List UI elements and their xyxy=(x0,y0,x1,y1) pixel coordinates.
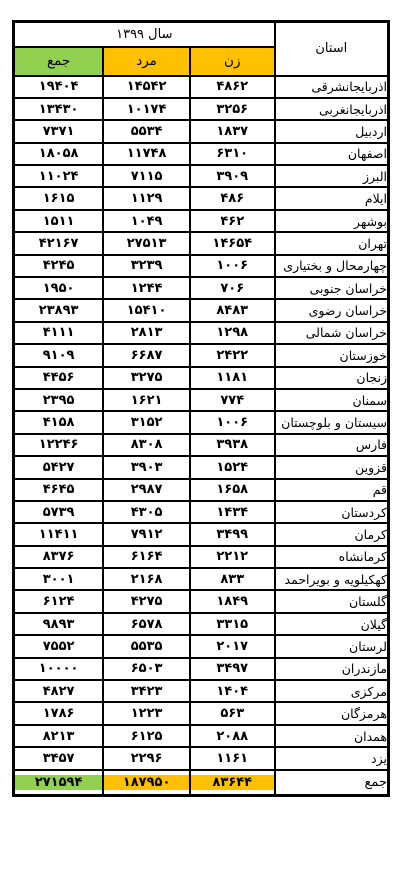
male-count: ۵۵۳۵ xyxy=(103,635,190,657)
female-count: ۸۳۳ xyxy=(190,568,275,590)
female-count: ۲۴۲۲ xyxy=(190,344,275,366)
table-row: همدان ۲۰۸۸ ۶۱۲۵ ۸۲۱۳ xyxy=(14,725,389,747)
province-name: ایلام xyxy=(275,187,389,209)
total-count: ۱۹۴۰۴ xyxy=(14,76,104,98)
male-count: ۱۱۷۴۸ xyxy=(103,143,190,165)
female-count: ۱۱۸۱ xyxy=(190,367,275,389)
grand-total-male-cell: ۱۸۷۹۵۰ xyxy=(103,770,190,796)
table-row: اردبیل ۱۸۳۷ ۵۵۳۴ ۷۳۷۱ xyxy=(14,120,389,142)
year-header: سال ۱۳۹۹ xyxy=(14,22,275,47)
table-row: بوشهر ۴۶۲ ۱۰۴۹ ۱۵۱۱ xyxy=(14,210,389,232)
province-name: قم xyxy=(275,479,389,501)
female-count: ۲۰۸۸ xyxy=(190,725,275,747)
male-count: ۶۵۷۸ xyxy=(103,613,190,635)
male-count: ۶۱۶۴ xyxy=(103,546,190,568)
male-count: ۶۵۰۳ xyxy=(103,658,190,680)
total-count: ۴۴۵۶ xyxy=(14,367,104,389)
table-row: لرستان ۲۰۱۷ ۵۵۳۵ ۷۵۵۲ xyxy=(14,635,389,657)
total-count: ۴۸۲۷ xyxy=(14,680,104,702)
female-count: ۸۴۸۳ xyxy=(190,299,275,321)
female-count: ۱۲۹۸ xyxy=(190,322,275,344)
province-name: اذربایجانشرقی xyxy=(275,76,389,98)
province-name: قزوین xyxy=(275,456,389,478)
male-count: ۶۱۲۵ xyxy=(103,725,190,747)
male-count: ۱۵۴۱۰ xyxy=(103,299,190,321)
province-name: خراسان جنوبی xyxy=(275,277,389,299)
male-count: ۴۳۰۵ xyxy=(103,501,190,523)
total-count: ۴۲۴۵ xyxy=(14,255,104,277)
male-count: ۴۲۷۵ xyxy=(103,590,190,612)
total-count: ۴۶۴۵ xyxy=(14,479,104,501)
total-count: ۴۲۱۶۷ xyxy=(14,232,104,254)
province-name: چهارمحال و بختیاری xyxy=(275,255,389,277)
table-row: خراسان شمالی ۱۲۹۸ ۲۸۱۳ ۴۱۱۱ xyxy=(14,322,389,344)
grand-total-male: ۱۸۷۹۵۰ xyxy=(104,775,189,790)
female-count: ۶۳۱۰ xyxy=(190,143,275,165)
male-count: ۳۹۰۳ xyxy=(103,456,190,478)
male-count: ۱۴۵۴۲ xyxy=(103,76,190,98)
province-name: اصفهان xyxy=(275,143,389,165)
female-count: ۱۵۲۴ xyxy=(190,456,275,478)
province-name: خوزستان xyxy=(275,344,389,366)
male-count: ۲۹۸۷ xyxy=(103,479,190,501)
total-count: ۴۱۵۸ xyxy=(14,411,104,433)
province-name: فارس xyxy=(275,434,389,456)
male-count: ۲۸۱۳ xyxy=(103,322,190,344)
table-row: قزوین ۱۵۲۴ ۳۹۰۳ ۵۴۲۷ xyxy=(14,456,389,478)
male-count: ۶۶۸۷ xyxy=(103,344,190,366)
total-count: ۹۱۰۹ xyxy=(14,344,104,366)
total-count: ۷۳۷۱ xyxy=(14,120,104,142)
province-name: همدان xyxy=(275,725,389,747)
total-count: ۱۰۰۰۰ xyxy=(14,658,104,680)
female-count: ۳۴۹۹ xyxy=(190,523,275,545)
male-count: ۱۱۲۹ xyxy=(103,187,190,209)
table-row: مرکزی ۱۴۰۴ ۳۴۲۳ ۴۸۲۷ xyxy=(14,680,389,702)
male-count: ۱۲۲۳ xyxy=(103,702,190,724)
table-row: زنجان ۱۱۸۱ ۳۲۷۵ ۴۴۵۶ xyxy=(14,367,389,389)
province-name: خراسان شمالی xyxy=(275,322,389,344)
table-row: ایلام ۴۸۶ ۱۱۲۹ ۱۶۱۵ xyxy=(14,187,389,209)
female-count: ۳۹۳۸ xyxy=(190,434,275,456)
province-name: هرمزگان xyxy=(275,702,389,724)
female-count: ۱۰۰۶ xyxy=(190,255,275,277)
table-row: کهکیلویه و بویراحمد ۸۳۳ ۲۱۶۸ ۳۰۰۱ xyxy=(14,568,389,590)
province-name: گلستان xyxy=(275,590,389,612)
table-row: یزد ۱۱۶۱ ۲۲۹۶ ۳۴۵۷ xyxy=(14,747,389,769)
total-count: ۱۳۴۳۰ xyxy=(14,98,104,120)
province-name: مرکزی xyxy=(275,680,389,702)
female-column-header: زن xyxy=(190,47,275,76)
grand-total-total: ۲۷۱۵۹۴ xyxy=(15,775,102,790)
province-name: لرستان xyxy=(275,635,389,657)
province-name: اذربایجانغربی xyxy=(275,98,389,120)
table-row: گلستان ۱۸۴۹ ۴۲۷۵ ۶۱۲۴ xyxy=(14,590,389,612)
province-column-header: استان xyxy=(275,22,389,76)
male-count: ۳۲۳۹ xyxy=(103,255,190,277)
table-row: اصفهان ۶۳۱۰ ۱۱۷۴۸ ۱۸۰۵۸ xyxy=(14,143,389,165)
table-row: سمنان ۷۷۴ ۱۶۲۱ ۲۳۹۵ xyxy=(14,389,389,411)
female-count: ۷۰۶ xyxy=(190,277,275,299)
province-statistics-table: استان سال ۱۳۹۹ زن مرد جمع اذربایجانشرقی … xyxy=(12,20,390,797)
province-name: کرمان xyxy=(275,523,389,545)
province-name: تهران xyxy=(275,232,389,254)
female-count: ۱۴۰۴ xyxy=(190,680,275,702)
province-name: اردبیل xyxy=(275,120,389,142)
male-count: ۳۲۷۵ xyxy=(103,367,190,389)
total-count: ۶۱۲۴ xyxy=(14,590,104,612)
grand-total-female-cell: ۸۳۶۴۴ xyxy=(190,770,275,796)
female-count: ۱۴۳۴ xyxy=(190,501,275,523)
table-row: اذربایجانشرقی ۴۸۶۲ ۱۴۵۴۲ ۱۹۴۰۴ xyxy=(14,76,389,98)
female-count: ۱۸۴۹ xyxy=(190,590,275,612)
table-row: تهران ۱۴۶۵۴ ۲۷۵۱۳ ۴۲۱۶۷ xyxy=(14,232,389,254)
total-column-header: جمع xyxy=(14,47,104,76)
table-row: کرمان ۳۴۹۹ ۷۹۱۲ ۱۱۴۱۱ xyxy=(14,523,389,545)
province-name: زنجان xyxy=(275,367,389,389)
total-count: ۴۱۱۱ xyxy=(14,322,104,344)
table-row: هرمزگان ۵۶۳ ۱۲۲۳ ۱۷۸۶ xyxy=(14,702,389,724)
total-count: ۵۷۳۹ xyxy=(14,501,104,523)
province-name: کرمانشاه xyxy=(275,546,389,568)
male-count: ۱۰۴۹ xyxy=(103,210,190,232)
female-count: ۳۲۵۶ xyxy=(190,98,275,120)
grand-total-row: جمع ۸۳۶۴۴ ۱۸۷۹۵۰ ۲۷۱۵۹۴ xyxy=(14,770,389,796)
table-row: قم ۱۶۵۸ ۲۹۸۷ ۴۶۴۵ xyxy=(14,479,389,501)
total-count: ۳۰۰۱ xyxy=(14,568,104,590)
table-row: البرز ۳۹۰۹ ۷۱۱۵ ۱۱۰۲۴ xyxy=(14,165,389,187)
total-count: ۱۲۲۴۶ xyxy=(14,434,104,456)
table-row: فارس ۳۹۳۸ ۸۳۰۸ ۱۲۲۴۶ xyxy=(14,434,389,456)
male-column-header: مرد xyxy=(103,47,190,76)
total-count: ۸۲۱۳ xyxy=(14,725,104,747)
province-name: البرز xyxy=(275,165,389,187)
province-name: گیلان xyxy=(275,613,389,635)
female-count: ۷۷۴ xyxy=(190,389,275,411)
table-row: سیستان و بلوچستان ۱۰۰۶ ۳۱۵۲ ۴۱۵۸ xyxy=(14,411,389,433)
table-row: مازندران ۳۴۹۷ ۶۵۰۳ ۱۰۰۰۰ xyxy=(14,658,389,680)
male-count: ۲۱۶۸ xyxy=(103,568,190,590)
total-count: ۱۱۰۲۴ xyxy=(14,165,104,187)
province-name: سیستان و بلوچستان xyxy=(275,411,389,433)
total-count: ۱۹۵۰ xyxy=(14,277,104,299)
table-header: استان سال ۱۳۹۹ زن مرد جمع xyxy=(14,22,389,76)
female-count: ۴۶۲ xyxy=(190,210,275,232)
female-count: ۱۰۰۶ xyxy=(190,411,275,433)
total-count: ۲۳۹۵ xyxy=(14,389,104,411)
table-row: کردستان ۱۴۳۴ ۴۳۰۵ ۵۷۳۹ xyxy=(14,501,389,523)
total-count: ۷۵۵۲ xyxy=(14,635,104,657)
male-count: ۲۲۹۶ xyxy=(103,747,190,769)
table-footer: جمع ۸۳۶۴۴ ۱۸۷۹۵۰ ۲۷۱۵۹۴ xyxy=(14,770,389,796)
female-count: ۲۲۱۲ xyxy=(190,546,275,568)
year-header-row: استان سال ۱۳۹۹ xyxy=(14,22,389,47)
total-count: ۹۸۹۳ xyxy=(14,613,104,635)
male-count: ۳۴۲۳ xyxy=(103,680,190,702)
total-count: ۸۳۷۶ xyxy=(14,546,104,568)
province-name: سمنان xyxy=(275,389,389,411)
male-count: ۸۳۰۸ xyxy=(103,434,190,456)
male-count: ۱۰۱۷۴ xyxy=(103,98,190,120)
total-count: ۳۴۵۷ xyxy=(14,747,104,769)
table-body: اذربایجانشرقی ۴۸۶۲ ۱۴۵۴۲ ۱۹۴۰۴ اذربایجان… xyxy=(14,76,389,770)
female-count: ۵۶۳ xyxy=(190,702,275,724)
male-count: ۷۱۱۵ xyxy=(103,165,190,187)
male-count: ۲۷۵۱۳ xyxy=(103,232,190,254)
table-row: خوزستان ۲۴۲۲ ۶۶۸۷ ۹۱۰۹ xyxy=(14,344,389,366)
female-count: ۱۴۶۵۴ xyxy=(190,232,275,254)
male-count: ۷۹۱۲ xyxy=(103,523,190,545)
male-count: ۳۱۵۲ xyxy=(103,411,190,433)
grand-total-label: جمع xyxy=(275,770,389,796)
female-count: ۱۶۵۸ xyxy=(190,479,275,501)
table-row: کرمانشاه ۲۲۱۲ ۶۱۶۴ ۸۳۷۶ xyxy=(14,546,389,568)
province-name: کردستان xyxy=(275,501,389,523)
total-count: ۱۷۸۶ xyxy=(14,702,104,724)
female-count: ۲۰۱۷ xyxy=(190,635,275,657)
male-count: ۱۲۴۴ xyxy=(103,277,190,299)
female-count: ۳۳۱۵ xyxy=(190,613,275,635)
table-row: گیلان ۳۳۱۵ ۶۵۷۸ ۹۸۹۳ xyxy=(14,613,389,635)
table-row: اذربایجانغربی ۳۲۵۶ ۱۰۱۷۴ ۱۳۴۳۰ xyxy=(14,98,389,120)
male-count: ۱۶۲۱ xyxy=(103,389,190,411)
province-name: بوشهر xyxy=(275,210,389,232)
province-name: یزد xyxy=(275,747,389,769)
female-count: ۱۸۳۷ xyxy=(190,120,275,142)
female-count: ۳۹۰۹ xyxy=(190,165,275,187)
total-count: ۱۶۱۵ xyxy=(14,187,104,209)
female-count: ۴۸۶ xyxy=(190,187,275,209)
table-row: خراسان جنوبی ۷۰۶ ۱۲۴۴ ۱۹۵۰ xyxy=(14,277,389,299)
female-count: ۳۴۹۷ xyxy=(190,658,275,680)
total-count: ۱۱۴۱۱ xyxy=(14,523,104,545)
table-row: چهارمحال و بختیاری ۱۰۰۶ ۳۲۳۹ ۴۲۴۵ xyxy=(14,255,389,277)
province-name: کهکیلویه و بویراحمد xyxy=(275,568,389,590)
male-count: ۵۵۳۴ xyxy=(103,120,190,142)
female-count: ۴۸۶۲ xyxy=(190,76,275,98)
total-count: ۱۸۰۵۸ xyxy=(14,143,104,165)
total-count: ۵۴۲۷ xyxy=(14,456,104,478)
province-name: خراسان رضوی xyxy=(275,299,389,321)
grand-total-total-cell: ۲۷۱۵۹۴ xyxy=(14,770,104,796)
province-name: مازندران xyxy=(275,658,389,680)
page: استان سال ۱۳۹۹ زن مرد جمع اذربایجانشرقی … xyxy=(0,0,401,879)
table-row: خراسان رضوی ۸۴۸۳ ۱۵۴۱۰ ۲۳۸۹۳ xyxy=(14,299,389,321)
female-count: ۱۱۶۱ xyxy=(190,747,275,769)
total-count: ۱۵۱۱ xyxy=(14,210,104,232)
grand-total-female: ۸۳۶۴۴ xyxy=(191,775,274,790)
total-count: ۲۳۸۹۳ xyxy=(14,299,104,321)
